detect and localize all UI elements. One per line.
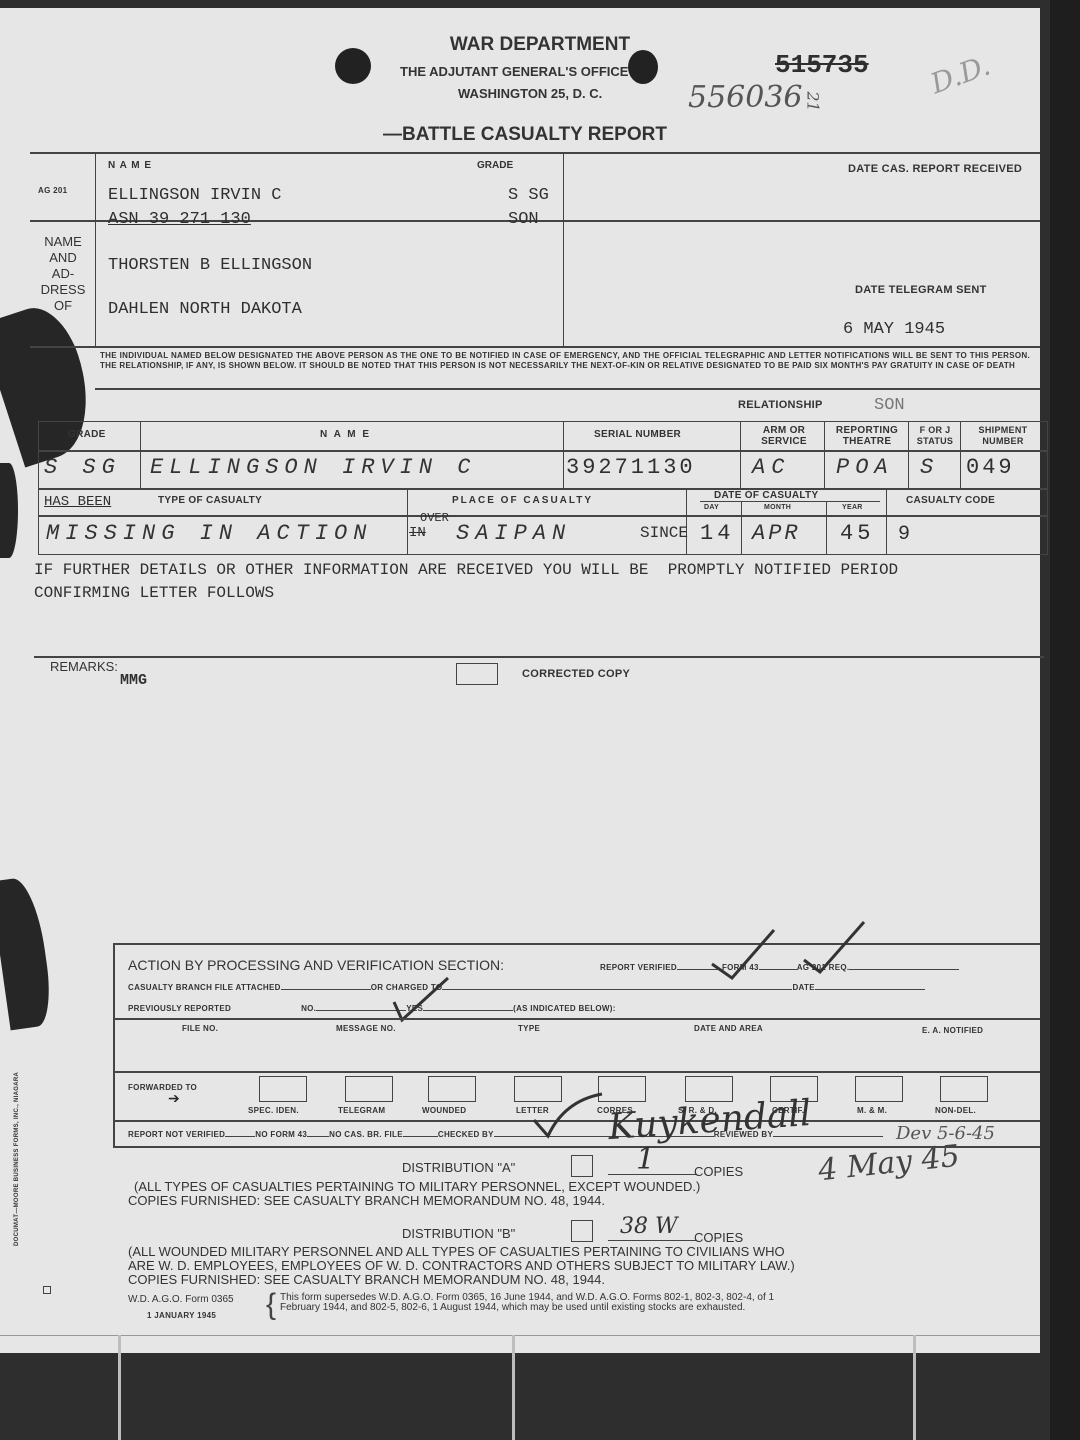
soldier-name: ELLINGSON IRVIN C xyxy=(108,186,281,205)
col-file-no: FILE NO. xyxy=(182,1024,218,1033)
office-address: WASHINGTON 25, D. C. xyxy=(458,86,678,101)
torn-edge xyxy=(0,876,55,1031)
has-been-label: HAS BEEN xyxy=(44,494,111,510)
distribution-b-desc-1: (ALL WOUNDED MILITARY PERSONNEL AND ALL … xyxy=(128,1244,785,1259)
background-edge xyxy=(1050,0,1080,1440)
date-telegram-value: 6 MAY 1945 xyxy=(843,320,945,339)
col-message-no: MESSAGE NO. xyxy=(336,1024,396,1033)
forward-box-non-del[interactable] xyxy=(940,1076,988,1102)
report-title: —BATTLE CASUALTY REPORT xyxy=(383,124,763,146)
distribution-a-furnished: COPIES FURNISHED: SEE CASUALTY BRANCH ME… xyxy=(128,1193,605,1208)
row-arm: AC xyxy=(752,455,790,480)
label-spec-iden: SPEC. IDEN. xyxy=(248,1106,299,1115)
place-over: OVER xyxy=(420,511,449,525)
forwarded-to-label: FORWARDED TO xyxy=(128,1083,198,1093)
report-verified-label: REPORT VERIFIEDFORM 43AG 201 REQ. xyxy=(600,963,959,972)
arrow-right-icon: ➔ xyxy=(168,1090,180,1107)
file-attached-label: CASUALTY BRANCH FILE ATTACHEDOR CHARGED … xyxy=(128,983,925,992)
date-received-label: DATE CAS. REPORT RECEIVED xyxy=(848,163,1022,175)
forward-box-telegram[interactable] xyxy=(345,1076,393,1102)
distribution-b-checkbox[interactable] xyxy=(571,1220,593,1242)
col-name: N A M E xyxy=(320,429,371,440)
processing-title: ACTION BY PROCESSING AND VERIFICATION SE… xyxy=(128,957,504,973)
forward-box-mm[interactable] xyxy=(855,1076,903,1102)
row-status: S xyxy=(920,455,939,480)
col-arm: ARM OR SERVICE xyxy=(748,425,820,447)
col-place: PLACE OF CASUALTY xyxy=(452,495,593,506)
row-shipment: 049 xyxy=(966,455,1015,480)
background-floor-line xyxy=(118,1335,121,1440)
col-year: YEAR xyxy=(842,504,863,511)
relationship-label: RELATIONSHIP xyxy=(738,399,823,411)
distribution-b-furnished: COPIES FURNISHED: SEE CASUALTY BRANCH ME… xyxy=(128,1272,605,1287)
col-date: DATE OF CASUALTY xyxy=(714,490,818,501)
checkmark-icon xyxy=(530,1090,610,1150)
distribution-b-desc-2: ARE W. D. EMPLOYEES, EMPLOYEES OF W. D. … xyxy=(128,1258,795,1273)
background-floor-line xyxy=(512,1335,515,1440)
supersedes-text: This form supersedes W.D. A.G.O. Form 03… xyxy=(280,1293,805,1313)
brace: { xyxy=(266,1290,276,1320)
col-shipment: SHIPMENT NUMBER xyxy=(962,425,1044,447)
distribution-a-copies: 1 xyxy=(636,1142,655,1177)
form-date: 1 JANUARY 1945 xyxy=(147,1311,216,1320)
corrected-copy-label: CORRECTED COPY xyxy=(522,668,630,680)
casualty-month: APR xyxy=(752,521,801,546)
address-label: NAME AND AD- DRESS OF xyxy=(36,234,90,314)
soldier-grade: S SG xyxy=(508,186,549,205)
date-telegram-label: DATE TELEGRAM SENT xyxy=(855,284,987,296)
background-floor-line xyxy=(913,1335,916,1440)
col-month: MONTH xyxy=(764,504,791,511)
col-date-area: DATE AND AREA xyxy=(694,1024,763,1033)
distribution-b-row: DISTRIBUTION "B" xyxy=(402,1226,515,1241)
distribution-b-copies-label: COPIES xyxy=(694,1230,743,1245)
col-status: F OR J STATUS xyxy=(910,425,960,447)
printer-imprint: DOCUMAT—MOORE BUSINESS FORMS, INC., NIAG… xyxy=(14,1072,20,1246)
col-type: TYPE OF CASUALTY xyxy=(158,495,262,506)
grade-label: GRADE xyxy=(477,160,513,171)
forward-box-wounded[interactable] xyxy=(428,1076,476,1102)
message-line-2: CONFIRMING LETTER FOLLOWS xyxy=(34,584,274,602)
corrected-copy-checkbox[interactable] xyxy=(456,663,498,685)
distribution-a-desc: (ALL TYPES OF CASUALTIES PERTAINING TO M… xyxy=(134,1179,700,1194)
label-mm: M. & M. xyxy=(857,1106,887,1115)
casualty-type: MISSING IN ACTION xyxy=(46,521,372,546)
row-grade: S SG xyxy=(44,455,121,480)
stamped-number: 515735 xyxy=(775,50,869,80)
previously-reported-label: PREVIOUSLY REPORTEDNO.YES(AS INDICATED B… xyxy=(128,1004,616,1013)
row-theatre: POA xyxy=(836,455,894,480)
remarks-value: MMG xyxy=(120,672,147,689)
handwritten-number: 55603621 xyxy=(688,80,823,115)
name-label: N A M E xyxy=(108,160,152,171)
distribution-b-copies: 38 W xyxy=(620,1214,678,1239)
checkmark-icon xyxy=(800,920,870,975)
casualty-code: 9 xyxy=(898,523,910,546)
col-serial: SERIAL NUMBER xyxy=(594,429,681,440)
ag-label: AG 201 xyxy=(38,186,67,195)
soldier-asn: ASN 39 271 130 xyxy=(108,210,251,229)
punch-hole xyxy=(335,48,371,84)
place-struck: IN xyxy=(409,525,426,541)
col-theatre: REPORTING THEATRE xyxy=(826,425,908,447)
notice-text: THE INDIVIDUAL NAMED BELOW DESIGNATED TH… xyxy=(100,351,1030,371)
col-type: TYPE xyxy=(518,1024,540,1033)
distribution-a-row: DISTRIBUTION "A" xyxy=(402,1160,515,1175)
department-title: WAR DEPARTMENT xyxy=(400,34,680,56)
office-title: THE ADJUTANT GENERAL'S OFFICE xyxy=(400,64,720,79)
checkmark-icon xyxy=(708,926,778,981)
label-telegram: TELEGRAM xyxy=(338,1106,385,1115)
remarks-label: REMARKS: xyxy=(50,659,118,674)
addressee-name: THORSTEN B ELLINGSON xyxy=(108,256,312,275)
col-grade: GRADE xyxy=(68,429,106,440)
small-square-mark xyxy=(43,1286,51,1294)
row-serial: 39271130 xyxy=(566,455,696,480)
addressee-location: DAHLEN NORTH DAKOTA xyxy=(108,300,302,319)
distribution-a-copies-label: COPIES xyxy=(694,1164,743,1179)
casualty-day: 14 xyxy=(700,521,734,546)
relationship-value: SON xyxy=(874,396,905,415)
distribution-a-checkbox[interactable] xyxy=(571,1155,593,1177)
forward-box-spec-iden[interactable] xyxy=(259,1076,307,1102)
label-non-del: NON-DEL. xyxy=(935,1106,976,1115)
torn-edge xyxy=(0,463,18,558)
form-id: W.D. A.G.O. Form 0365 xyxy=(128,1294,234,1305)
handwritten-initials: D.D. xyxy=(926,49,994,101)
col-day: DAY xyxy=(704,504,719,511)
message-line-1: IF FURTHER DETAILS OR OTHER INFORMATION … xyxy=(34,561,898,579)
casualty-year: 45 xyxy=(840,521,874,546)
casualty-place: SAIPAN xyxy=(456,521,571,546)
label-wounded: WOUNDED xyxy=(422,1106,466,1115)
document-page: WAR DEPARTMENT THE ADJUTANT GENERAL'S OF… xyxy=(0,8,1040,1353)
col-ea-notified: E. A. NOTIFIED xyxy=(922,1026,983,1035)
col-code: CASUALTY CODE xyxy=(906,495,995,506)
relation-top: SON xyxy=(508,210,539,229)
since-label: SINCE xyxy=(640,524,688,542)
checkmark-icon xyxy=(388,974,458,1024)
row-name: ELLINGSON IRVIN C xyxy=(150,455,476,480)
